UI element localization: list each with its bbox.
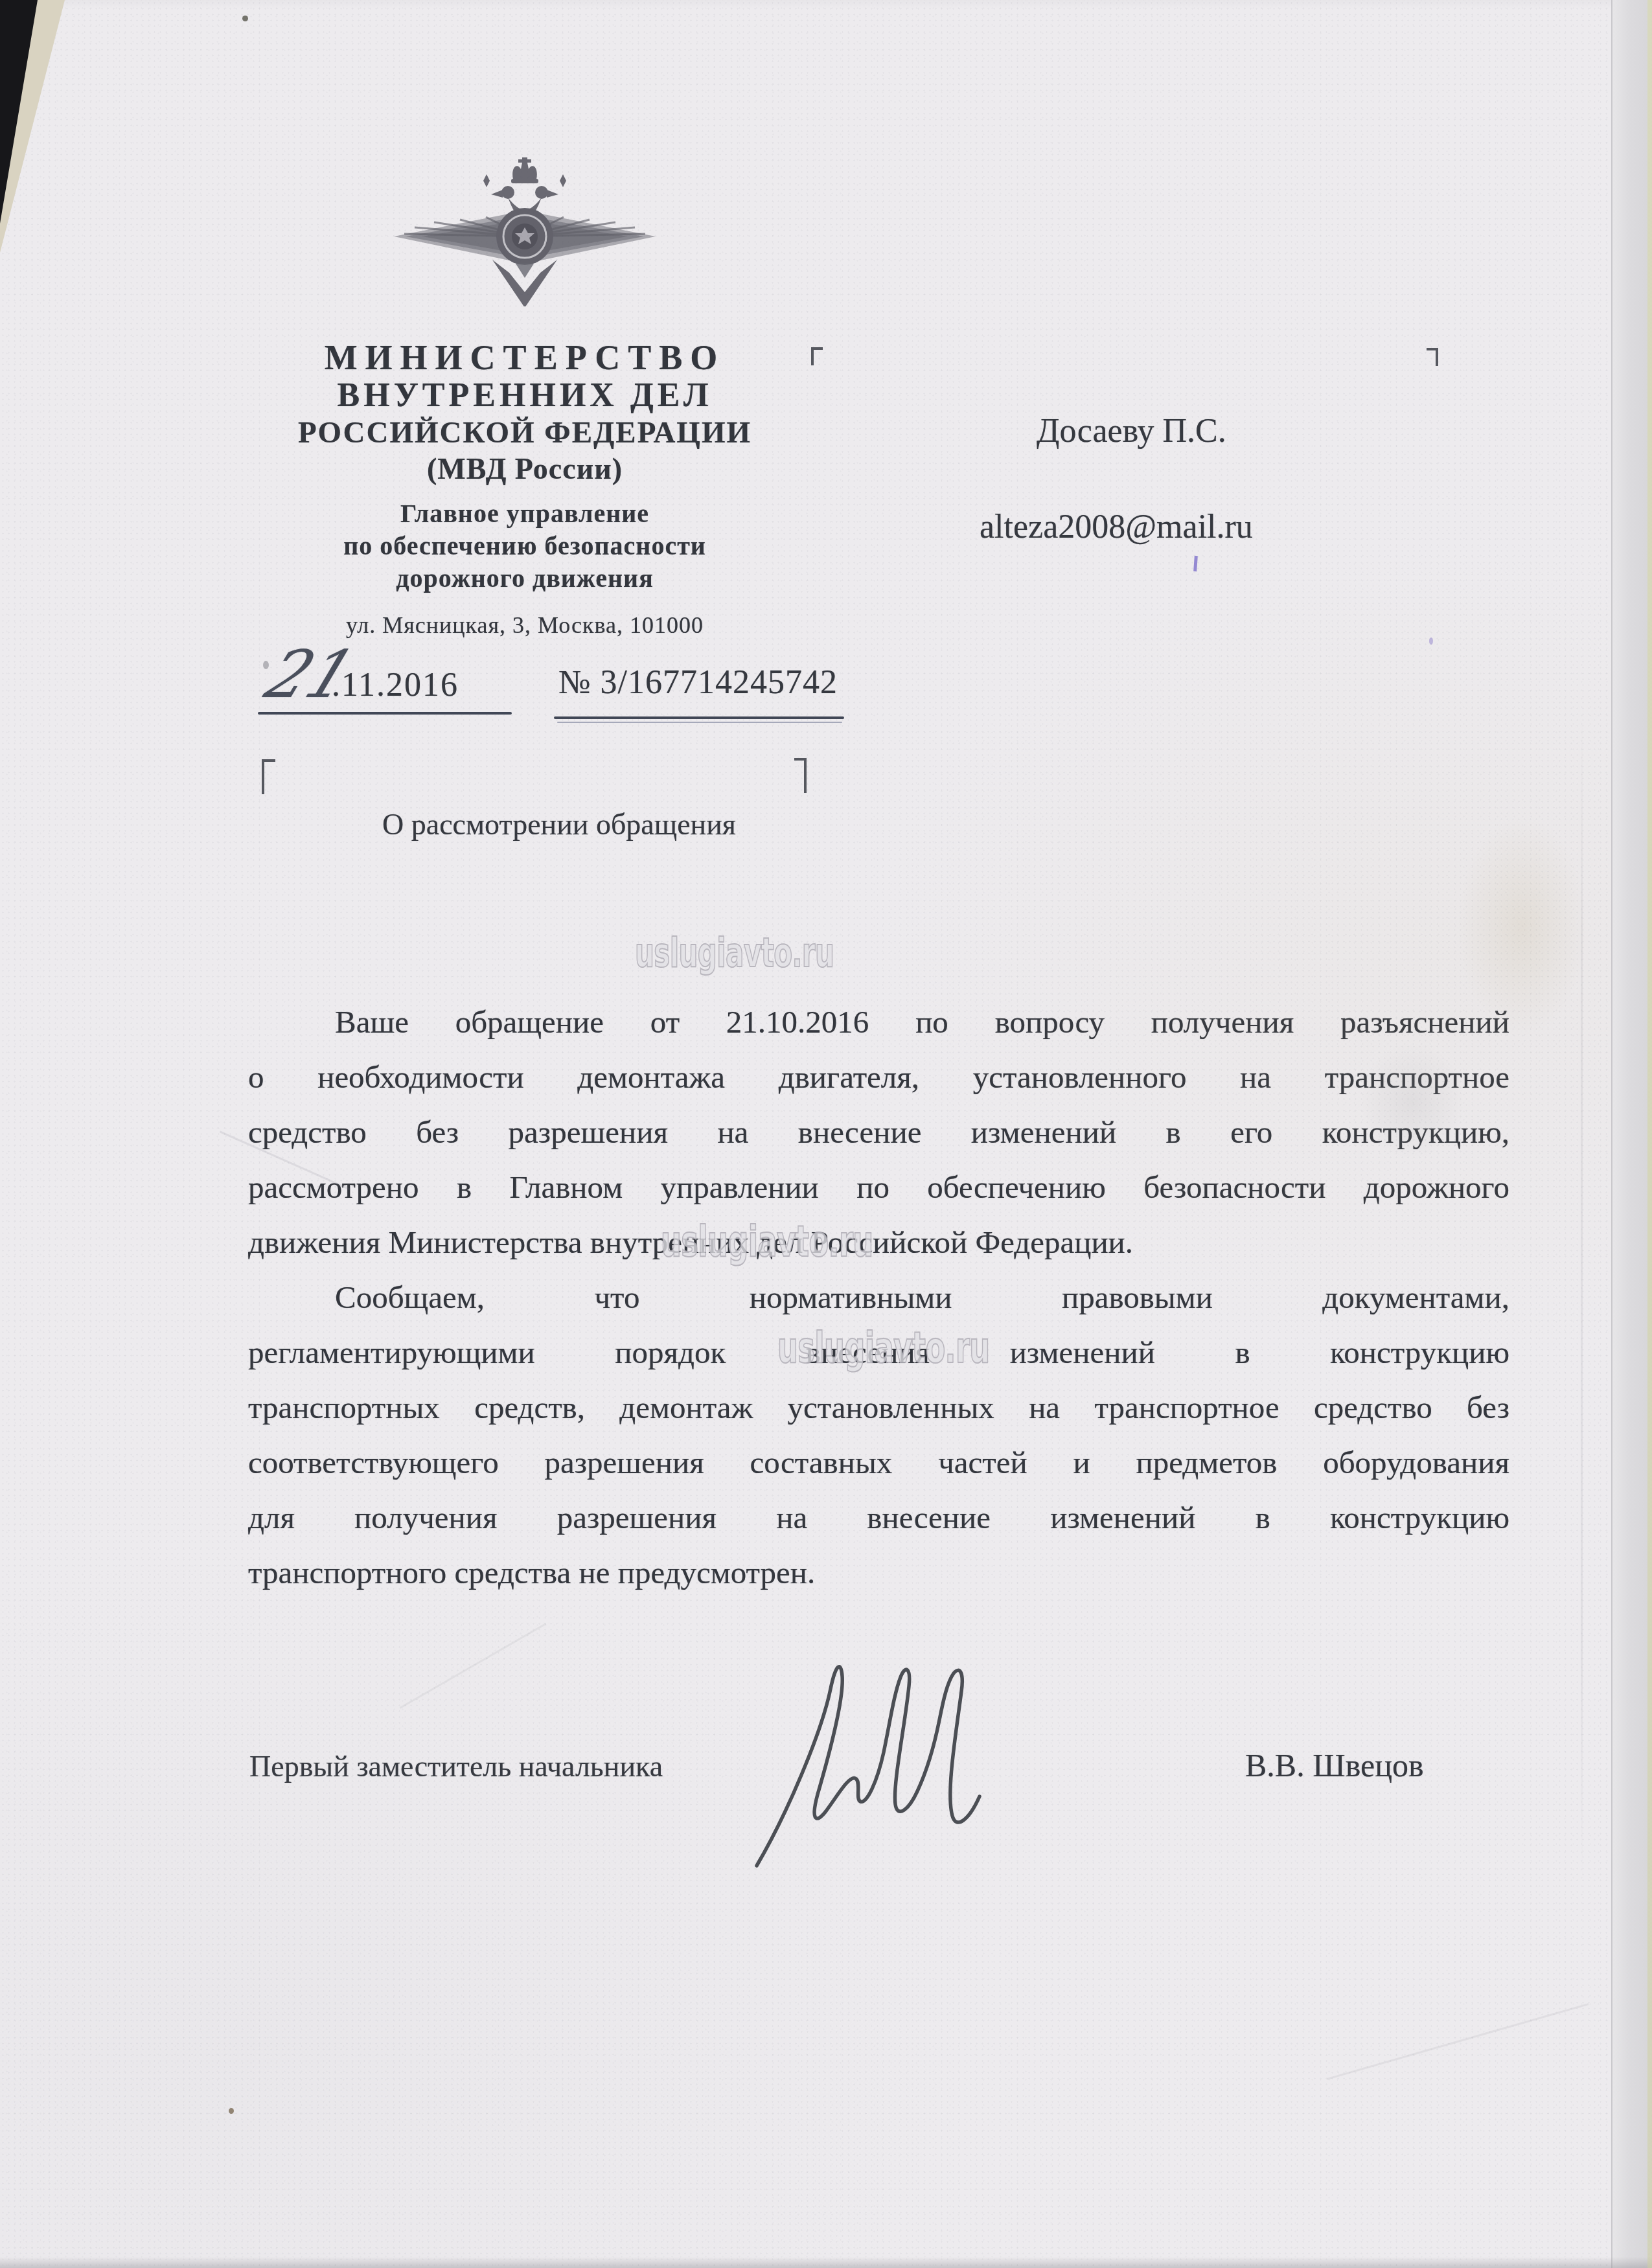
site-watermark: uslugiavto.ru [635, 929, 834, 976]
body-line: средство без разрешения на внесение изме… [248, 1105, 1509, 1160]
corner-bracket-subject-right [794, 758, 807, 793]
date-underline [258, 712, 512, 715]
body-line: соответствующего разрешения составных ча… [248, 1435, 1509, 1490]
body-line: транспортных средств, демонтаж установле… [248, 1380, 1509, 1435]
blue-pen-mark [1193, 556, 1198, 571]
body-line: транспортного средства не предусмотрен. [248, 1545, 1509, 1600]
department-line: Главное управление [249, 498, 800, 530]
department-line: по обеспечению безопасности [249, 530, 800, 562]
page-bottom-edge [0, 2257, 1652, 2268]
recipient-email: alteza2008@mail.ru [980, 508, 1253, 546]
body-line: Сообщаем, что нормативными правовыми док… [248, 1270, 1509, 1325]
signer-name: В.В. Швецов [1245, 1747, 1424, 1784]
paper-stain [1458, 816, 1587, 1037]
number-underline [554, 716, 844, 719]
scan-speck [229, 2108, 234, 2114]
scanned-letter-page: МИНИСТЕРСТВО ВНУТРЕННИХ ДЕЛ РОССИЙСКОЙ Ф… [0, 0, 1652, 2268]
body-line: для получения разрешения на внесение изм… [248, 1490, 1509, 1545]
letter-date: .11.2016 [332, 666, 459, 704]
body-line: о необходимости демонтажа двигателя, уст… [248, 1049, 1509, 1105]
recipient-name: Досаеву П.С. [1037, 412, 1226, 450]
signer-title: Первый заместитель начальника [249, 1749, 663, 1783]
subject-line: О рассмотрении обращения [382, 807, 736, 842]
number-underline-shadow [557, 722, 842, 723]
paper-crease [1327, 2003, 1589, 2080]
org-address: ул. Мясницкая, 3, Москва, 101000 [249, 612, 800, 639]
corner-bracket-top-left [811, 347, 823, 365]
ministry-line: РОССИЙСКОЙ ФЕДЕРАЦИИ [249, 415, 800, 451]
site-watermark: uslugiavto.ru [777, 1323, 990, 1373]
handwritten-signature [739, 1649, 1017, 1875]
page-right-edge-tint [1647, 0, 1652, 2268]
letter-body: Ваше обращение от 21.10.2016 по вопросу … [248, 994, 1509, 1600]
site-watermark: uslugiavto.ru [661, 1217, 873, 1266]
paper-crease [1581, 713, 1583, 1879]
letterhead-org-block: МИНИСТЕРСТВО ВНУТРЕННИХ ДЕЛ РОССИЙСКОЙ Ф… [249, 338, 800, 639]
body-line: рассмотрено в Главном управлении по обес… [248, 1160, 1509, 1215]
corner-bracket-top-right [1427, 348, 1438, 366]
corner-bracket-subject-left [262, 759, 275, 794]
reference-number: № 3/167714245742 [558, 663, 838, 702]
scan-speck [263, 661, 269, 669]
ministry-line: МИНИСТЕРСТВО [249, 338, 800, 377]
ministry-line: (МВД России) [249, 451, 800, 487]
ministry-line: ВНУТРЕННИХ ДЕЛ [249, 377, 800, 415]
paper-stain [1360, 1043, 1464, 1160]
blue-pen-dot [1429, 637, 1433, 645]
scan-speck [242, 16, 248, 21]
body-line: движения Министерства внутренних дел Рос… [248, 1215, 1509, 1270]
body-line: Ваше обращение от 21.10.2016 по вопросу … [248, 994, 1509, 1049]
page-right-edge [1611, 0, 1652, 2268]
department-line: дорожного движения [249, 562, 800, 595]
mvd-emblem-icon [389, 157, 661, 306]
paper-crease [400, 1623, 547, 1709]
